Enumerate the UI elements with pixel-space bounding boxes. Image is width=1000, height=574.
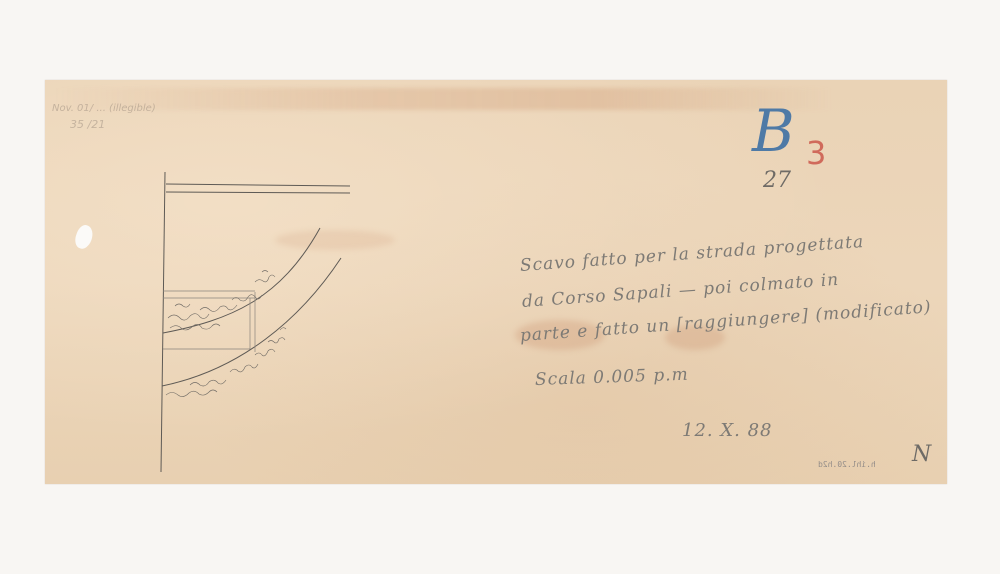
section-drawing xyxy=(0,0,1000,574)
sheet-number: 27 xyxy=(763,168,791,193)
inventory-stamp: h.ihl.20.h2d xyxy=(818,460,876,469)
corner-mark: N xyxy=(912,442,931,467)
catalog-number-red: 3 xyxy=(806,137,826,169)
date-note: 12. X. 88 xyxy=(682,420,773,441)
catalog-letter-b: B xyxy=(752,102,795,160)
